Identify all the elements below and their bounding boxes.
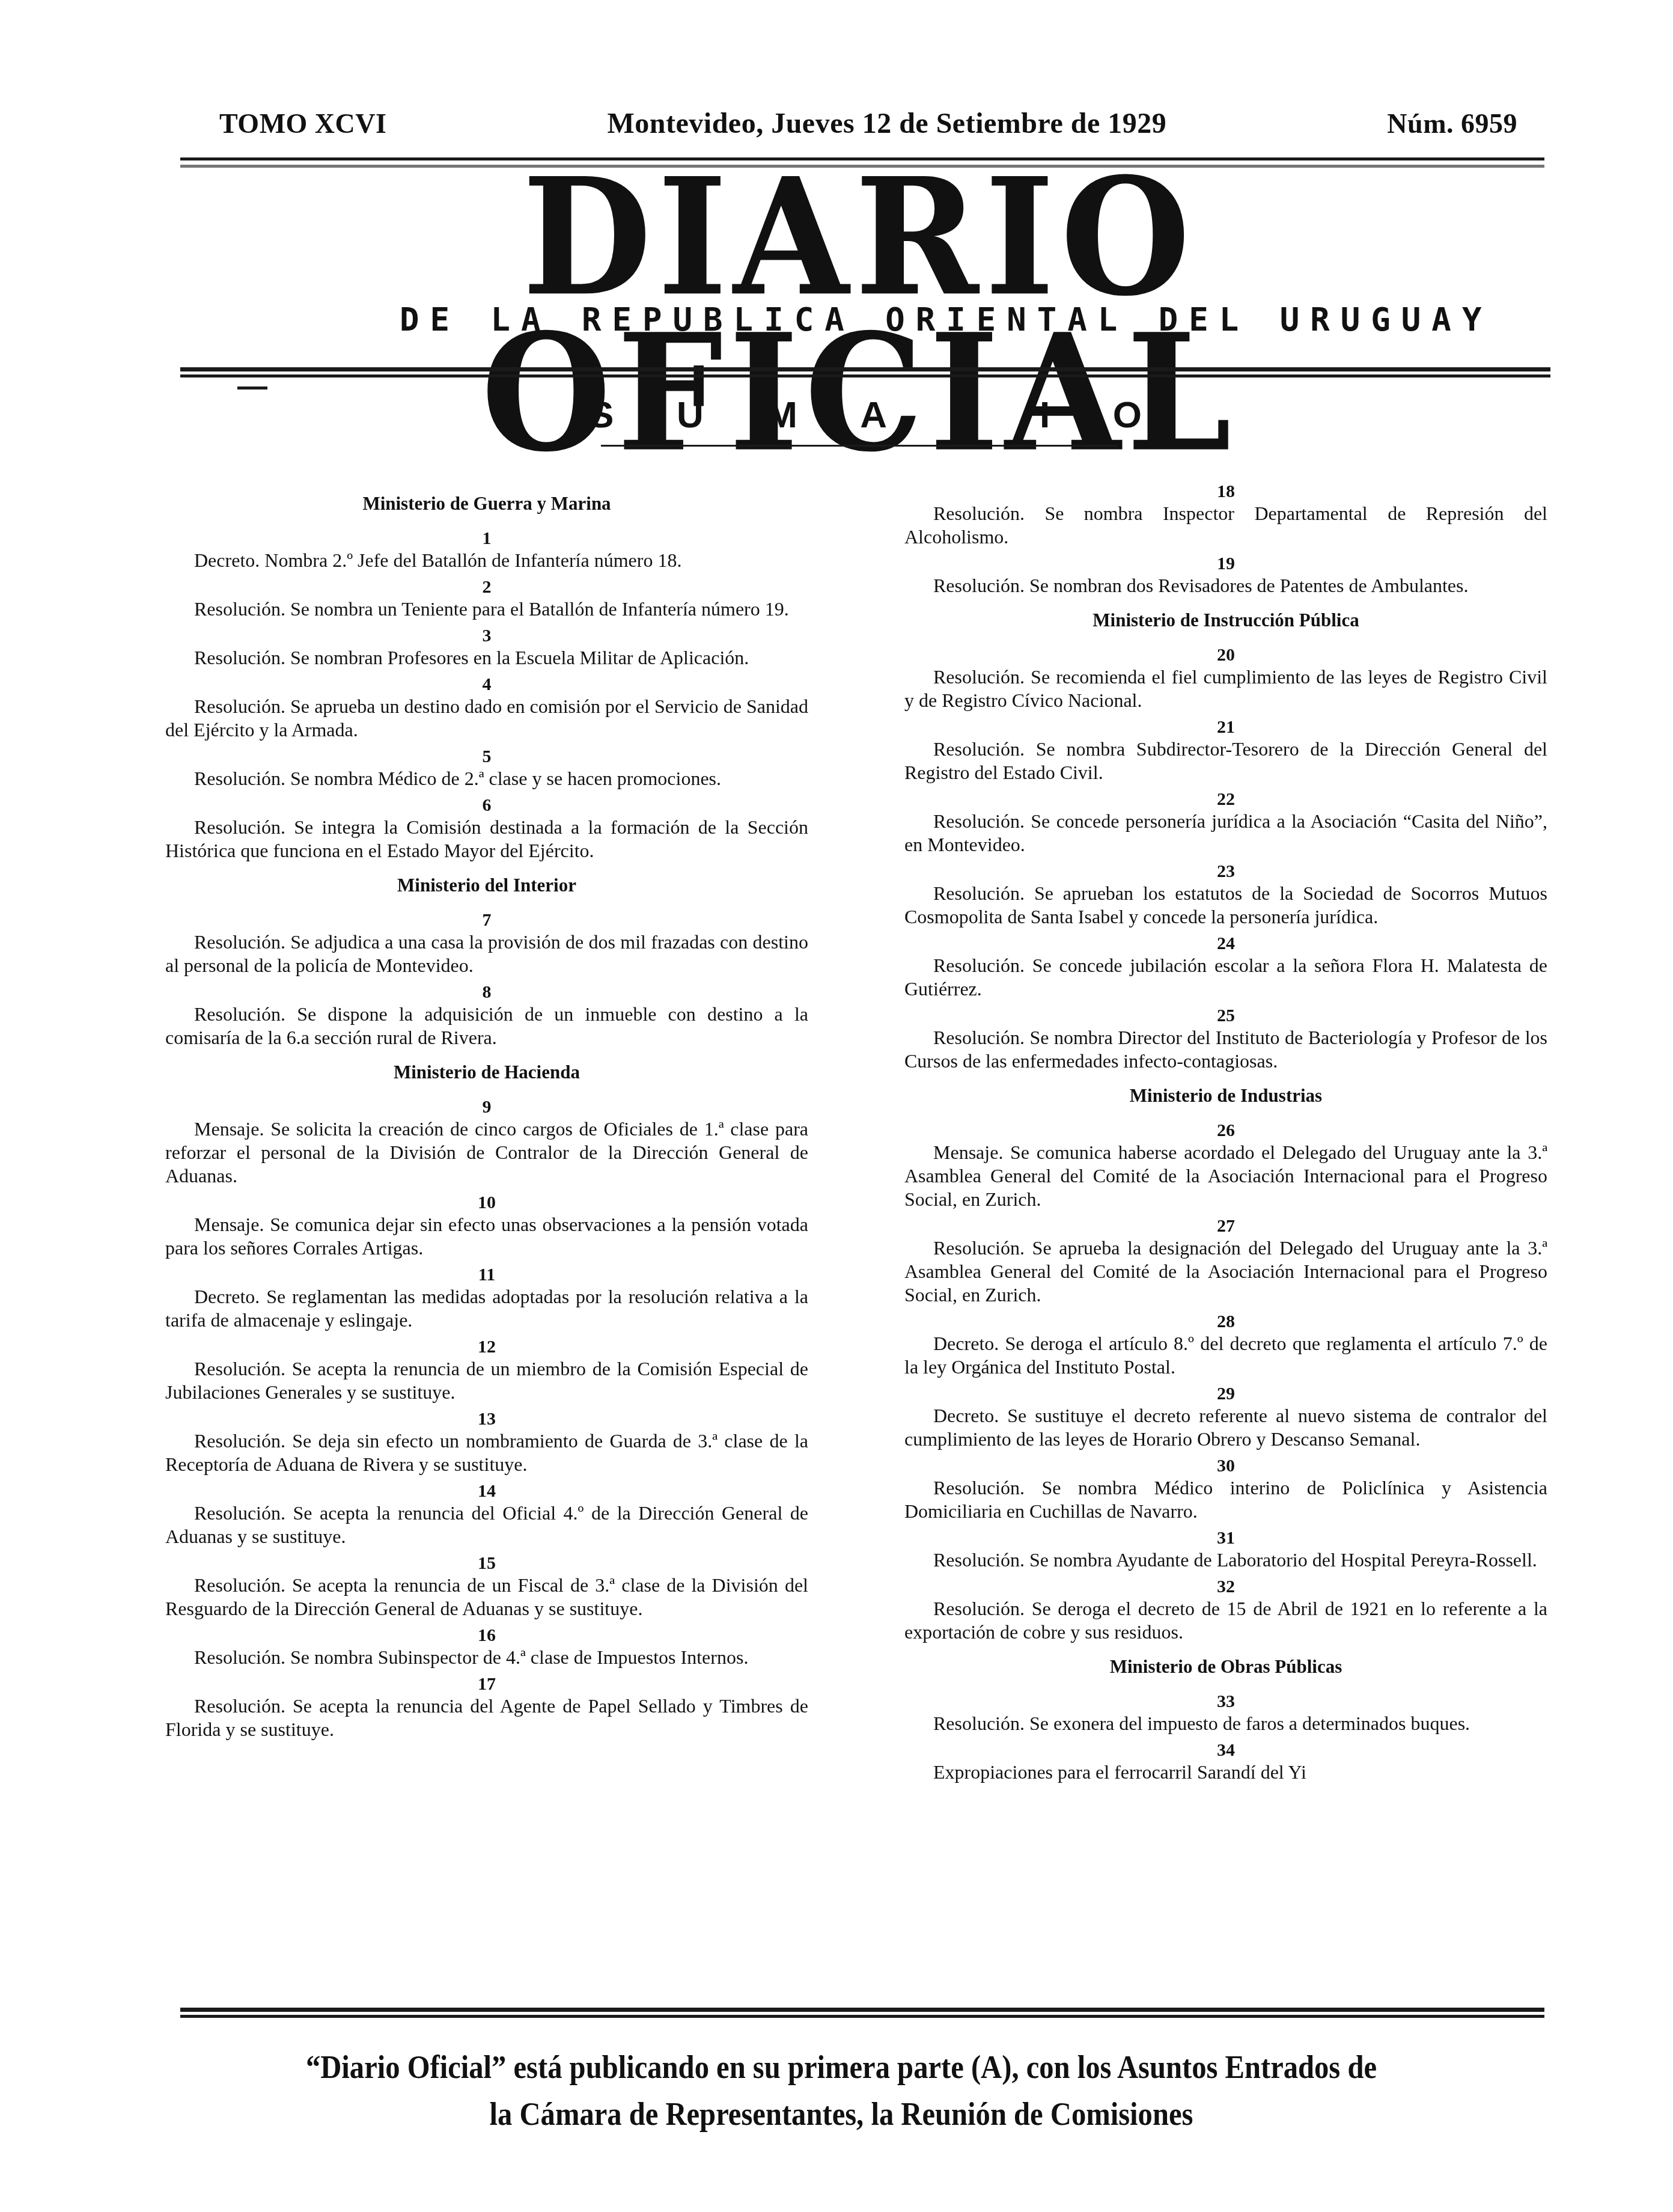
entry-number: 1 [165,528,808,549]
entry-number: 14 [165,1481,808,1502]
entry-number: 17 [165,1674,808,1694]
entry-number: 34 [904,1740,1547,1761]
entry-number: 20 [904,645,1547,665]
footer-line-2: la Cámara de Representantes, la Reunión … [246,2091,1436,2137]
entry-text: Resolución. Se acepta la renuncia de un … [165,1574,808,1621]
ministry-heading: Ministerio de Industrias [904,1084,1547,1107]
left-column: Ministerio de Guerra y Marina1Decreto. N… [165,481,808,1746]
entry-number: 9 [165,1097,808,1117]
sumario-heading: SUMARIO [589,394,1142,436]
entry-number: 18 [904,481,1547,502]
entry-number: 4 [165,674,808,695]
entry-text: Mensaje. Se comunica dejar sin efecto un… [165,1213,808,1260]
sumario-letter: A [860,394,887,436]
right-column: 18Resolución. Se nombra Inspector Depart… [904,478,1547,1789]
entry-text: Resolución. Se recomienda el fiel cumpli… [904,665,1547,712]
ministry-heading: Ministerio de Hacienda [165,1060,808,1084]
entry-number: 12 [165,1337,808,1357]
entry-text: Resolución. Se nombra Subdirector-Tesore… [904,738,1547,784]
entry-text: Mensaje. Se comunica haberse acordado el… [904,1141,1547,1211]
entry-number: 23 [904,861,1547,882]
entry-number: 25 [904,1006,1547,1026]
entry-text: Decreto. Nombra 2.º Jefe del Batallón de… [165,549,808,572]
sumario-letter: S [589,394,614,436]
entry-text: Resolución. Se acepta la renuncia de un … [165,1357,808,1404]
entry-number: 28 [904,1312,1547,1332]
entry-number: 32 [904,1577,1547,1597]
entry-number: 29 [904,1384,1547,1404]
sumario-letter: R [950,394,977,436]
entry-number: 33 [904,1691,1547,1712]
volume-label: TOMO XCVI [219,108,386,139]
entry-text: Resolución. Se nombran dos Revisadores d… [904,574,1547,597]
entry-text: Resolución. Se acepta la renuncia del Of… [165,1502,808,1548]
footer-rule-2 [180,2015,1544,2018]
entry-number: 19 [904,554,1547,574]
entry-number: 6 [165,795,808,816]
masthead-rule-mark [237,386,267,390]
entry-number: 5 [165,747,808,767]
entry-number: 30 [904,1456,1547,1476]
entry-text: Resolución. Se concede personería jurídi… [904,810,1547,857]
entry-text: Resolución. Se aprueba la designación de… [904,1236,1547,1307]
entry-number: 16 [165,1625,808,1646]
ministry-heading: Ministerio de Guerra y Marina [165,492,808,515]
masthead-rule-2 [180,374,1550,377]
entry-number: 13 [165,1409,808,1429]
entry-text: Resolución. Se nombra Médico interino de… [904,1476,1547,1523]
entry-text: Resolución. Se nombran Profesores en la … [165,646,808,670]
sumario-letter: U [677,394,704,436]
entry-text: Resolución. Se dispone la adquisición de… [165,1003,808,1049]
entry-text: Resolución. Se aprueba un destino dado e… [165,695,808,742]
entry-number: 15 [165,1553,808,1574]
ministry-heading: Ministerio de Obras Públicas [904,1655,1547,1678]
entry-text: Resolución. Se deroga el decreto de 15 d… [904,1597,1547,1644]
date-line: Montevideo, Jueves 12 de Setiembre de 19… [608,107,1167,140]
entry-number: 10 [165,1193,808,1213]
entry-number: 8 [165,982,808,1003]
entry-text: Resolución. Se nombra Médico de 2.ª clas… [165,767,808,790]
entry-number: 24 [904,933,1547,954]
entry-text: Decreto. Se sustituye el decreto referen… [904,1404,1547,1451]
masthead-rule-1 [180,367,1550,371]
entry-text: Resolución. Se acepta la renuncia del Ag… [165,1694,808,1741]
masthead-subtitle: DE LA REPUBLICA ORIENTAL DEL URUGUAY [400,301,1492,338]
entry-text: Resolución. Se deja sin efecto un nombra… [165,1429,808,1476]
ministry-heading: Ministerio de Instrucción Pública [904,608,1547,632]
footer-rule-1 [180,2008,1544,2012]
entry-text: Resolución. Se exonera del impuesto de f… [904,1712,1547,1735]
entry-text: Expropiaciones para el ferrocarril Saran… [904,1761,1547,1784]
sumario-letter: M [766,394,797,436]
entry-text: Resolución. Se aprueban los estatutos de… [904,882,1547,929]
entry-text: Resolución. Se nombra Director del Insti… [904,1026,1547,1073]
entry-text: Decreto. Se reglamentan las medidas adop… [165,1285,808,1332]
entry-number: 21 [904,717,1547,738]
entry-text: Resolución. Se concede jubilación escola… [904,954,1547,1001]
entry-text: Resolución. Se nombra Ayudante de Labora… [904,1548,1547,1572]
entry-number: 11 [165,1265,808,1285]
entry-number: 3 [165,626,808,646]
issue-info-bar: TOMO XCVI Montevideo, Jueves 12 de Setie… [219,102,1517,144]
sumario-letter: I [1040,394,1050,436]
entry-number: 22 [904,789,1547,810]
entry-text: Resolución. Se integra la Comisión desti… [165,816,808,863]
entry-text: Resolución. Se adjudica a una casa la pr… [165,930,808,977]
entry-text: Resolución. Se nombra Subinspector de 4.… [165,1646,808,1669]
entry-text: Resolución. Se nombra un Teniente para e… [165,597,808,621]
entry-number: 7 [165,910,808,930]
entry-number: 2 [165,577,808,597]
ministry-heading: Ministerio del Interior [165,873,808,897]
entry-text: Decreto. Se deroga el artículo 8.º del d… [904,1332,1547,1379]
sumario-underline [601,445,1118,447]
sumario-letter: O [1113,394,1142,436]
entry-number: 31 [904,1528,1547,1548]
entry-text: Resolución. Se nombra Inspector Departam… [904,502,1547,549]
newspaper-page: TOMO XCVI Montevideo, Jueves 12 de Setie… [0,0,1673,2212]
footer-notice: “Diario Oficial” está publicando en su p… [246,2044,1436,2137]
entry-number: 27 [904,1216,1547,1236]
footer-line-1: “Diario Oficial” está publicando en su p… [246,2044,1436,2091]
entry-number: 26 [904,1120,1547,1141]
entry-text: Mensaje. Se solicita la creación de cinc… [165,1117,808,1188]
issue-number: Núm. 6959 [1387,108,1517,139]
